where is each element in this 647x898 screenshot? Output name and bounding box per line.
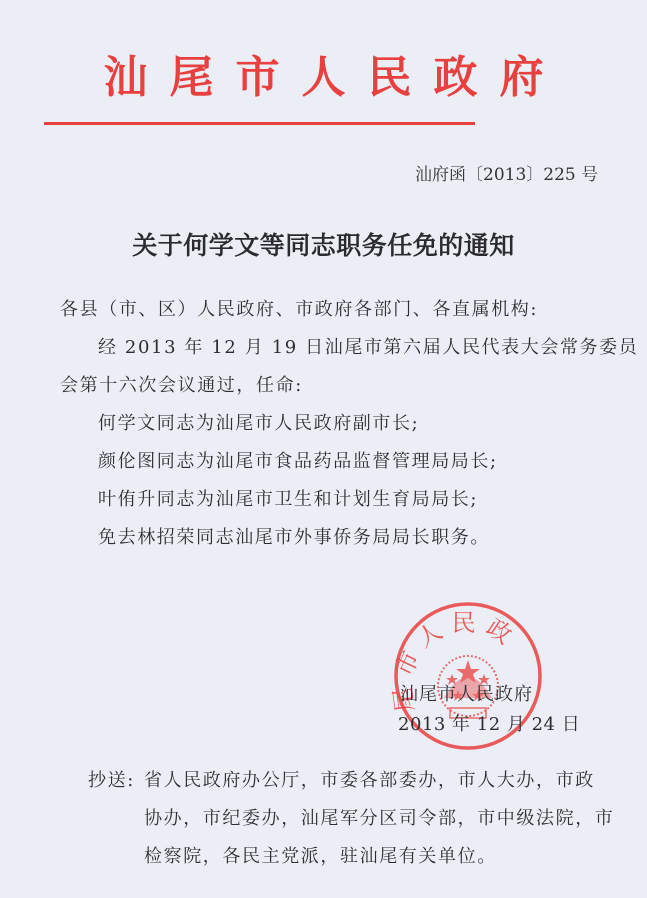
appointment-item: 颜伦图同志为汕尾市食品药品监督管理局局长; xyxy=(60,443,620,481)
header-red-rule xyxy=(44,122,475,125)
signing-date: 2013 年 12 月 24 日 xyxy=(398,710,580,740)
dismissal-item: 免去林招荣同志汕尾市外事侨务局局长职务。 xyxy=(60,519,620,557)
addressee-line: 各县（市、区）人民政府、市政府各部门、各直属机构: xyxy=(60,291,620,329)
cc-block: 抄送: 省人民政府办公厅，市委各部委办，市人大办，市政 协办，市纪委办，汕尾军分… xyxy=(88,762,618,876)
appointment-item: 叶侑升同志为汕尾市卫生和计划生育局局长; xyxy=(60,481,620,519)
intro-line: 经 2013 年 12 月 19 日汕尾市第六届人民代表大会常务委员 xyxy=(60,329,620,367)
appointment-list: 何学文同志为汕尾市人民政府副市长; 颜伦图同志为汕尾市食品药品监督管理局局长; … xyxy=(60,405,620,557)
intro-paragraph: 经 2013 年 12 月 19 日汕尾市第六届人民代表大会常务委员 会第十六次… xyxy=(60,329,620,405)
signing-organization: 汕尾市人民政府 xyxy=(398,680,580,710)
intro-line: 会第十六次会议通过，任命: xyxy=(60,367,620,405)
document-title: 关于何学文等同志职务任免的通知 xyxy=(0,226,647,262)
document-number: 汕府函〔2013〕225 号 xyxy=(415,160,598,185)
cc-line: 协办，市纪委办，汕尾军分区司令部，市中级法院，市 xyxy=(88,800,618,838)
cc-line: 省人民政府办公厅，市委各部委办，市人大办，市政 xyxy=(144,762,595,800)
issuer-header: 汕尾市人民政府 xyxy=(0,56,647,100)
cc-line: 检察院，各民主党派，驻汕尾有关单位。 xyxy=(88,838,618,876)
cc-label: 抄送: xyxy=(88,762,144,800)
appointment-item: 何学文同志为汕尾市人民政府副市长; xyxy=(60,405,620,443)
addressee: 各县（市、区）人民政府、市政府各部门、各直属机构: xyxy=(60,291,620,329)
signature-block: 汕尾市人民政府 2013 年 12 月 24 日 xyxy=(398,680,580,740)
